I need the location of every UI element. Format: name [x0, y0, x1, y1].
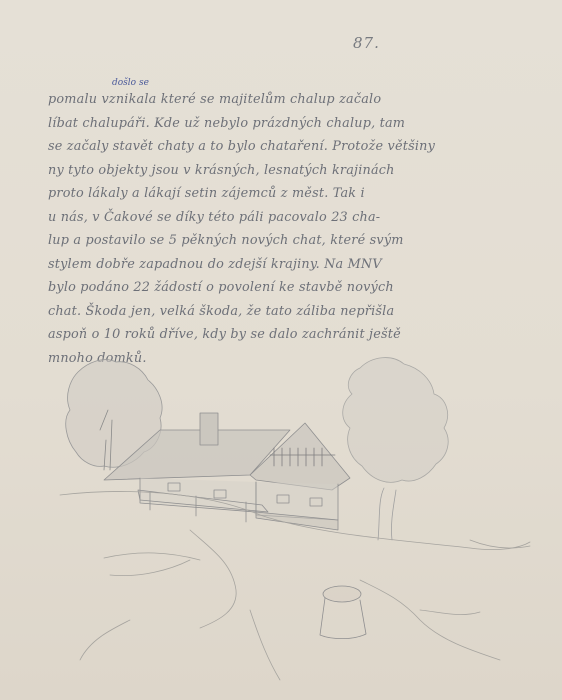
text-line: lup a postavilo se 5 pěkných nových chat… — [48, 229, 528, 253]
handwritten-insertion: došlo se — [112, 78, 149, 88]
right-tree — [343, 358, 448, 540]
text-line: chat. Škoda jen, velká škoda, že tato zá… — [48, 300, 528, 324]
text-line: ny tyto objekty jsou v krásných, lesnatý… — [48, 159, 528, 183]
document-page: 87. došlo se pomalu vznikala které se ma… — [0, 0, 562, 700]
chimney — [200, 413, 218, 445]
pencil-drawing — [0, 340, 562, 700]
text-line: se začaly stavět chaty a to bylo chataře… — [48, 135, 528, 159]
handwritten-text: pomalu vznikala které se majitelům chalu… — [48, 88, 528, 370]
text-line: bylo podáno 22 žádostí o povolení ke sta… — [48, 276, 528, 300]
text-line: proto lákaly a lákají setin zájemců z mě… — [48, 182, 528, 206]
tree-stump — [320, 586, 366, 639]
text-line: pomalu vznikala které se majitelům chalu… — [48, 88, 528, 112]
text-line: líbat chalupáři. Kde už nebylo prázdných… — [48, 112, 528, 136]
text-line: stylem dobře zapadnou do zdejší krajiny.… — [48, 253, 528, 277]
page-number: 87. — [353, 34, 380, 52]
text-line: u nás, v Čakové se díky této páli pacova… — [48, 206, 528, 230]
